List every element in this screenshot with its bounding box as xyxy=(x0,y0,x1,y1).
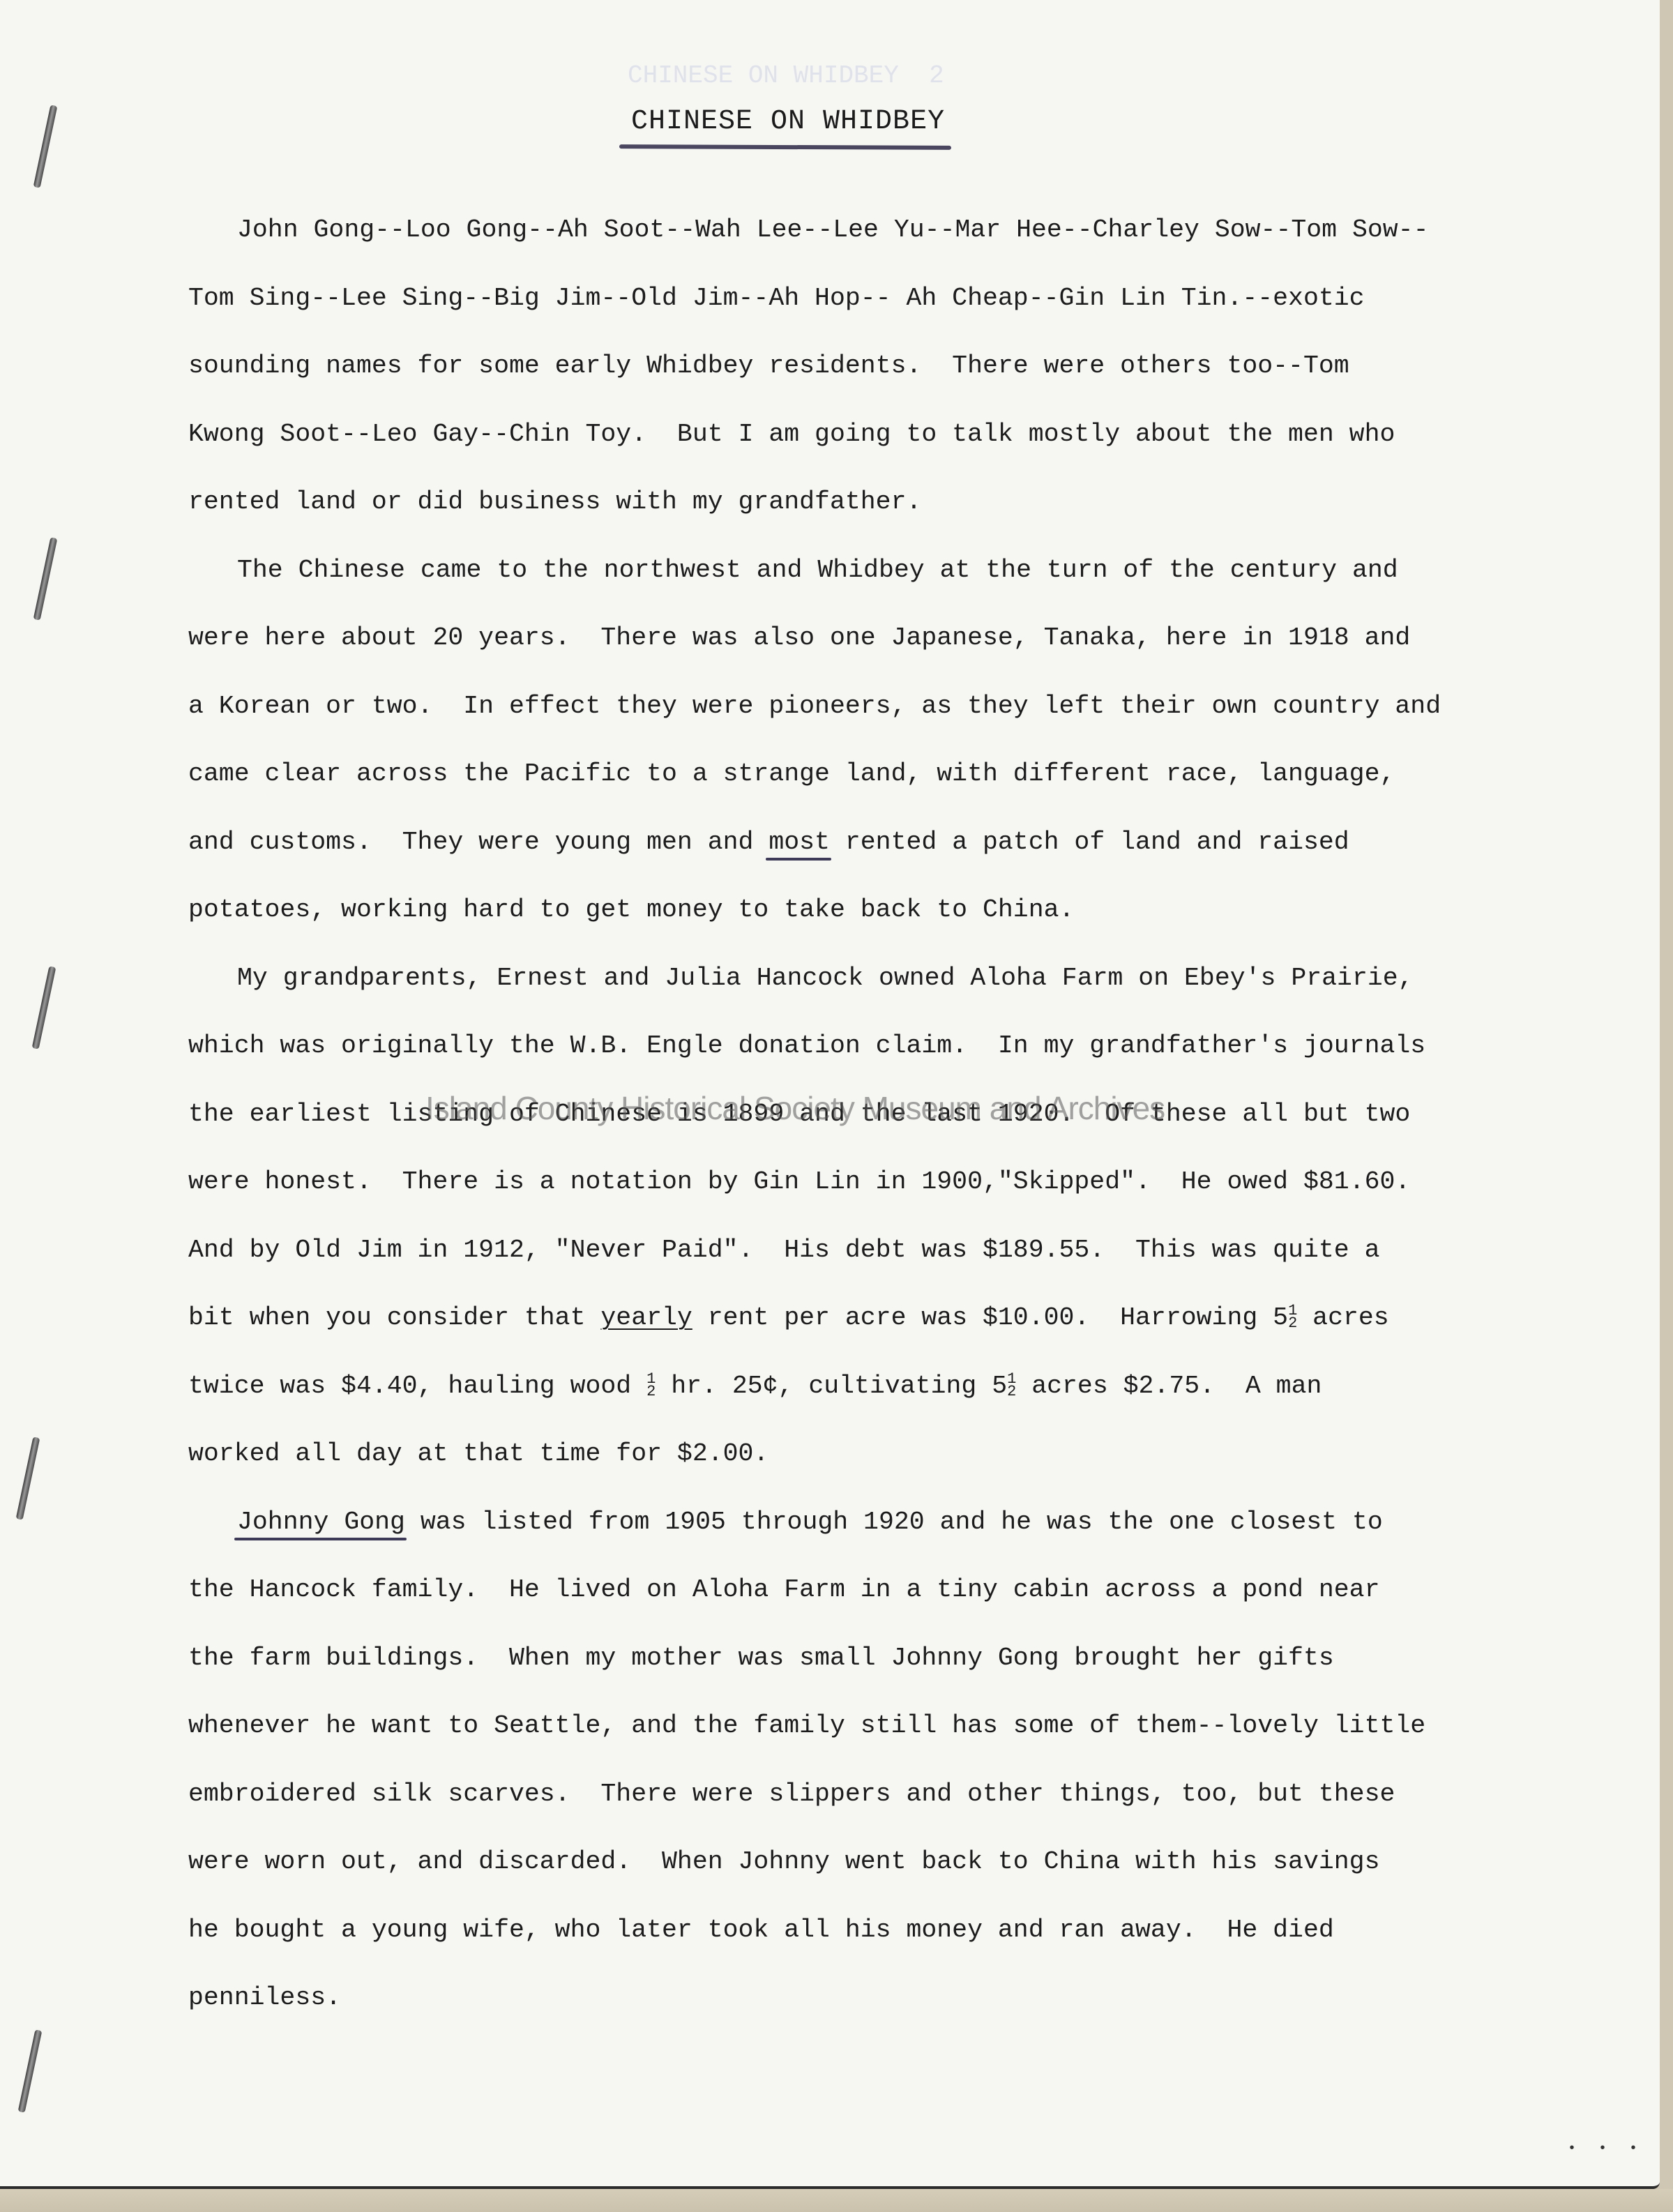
underlined-name: Johnny Gong xyxy=(237,1508,405,1536)
text-line: Tom Sing--Lee Sing--Big Jim--Old Jim--Ah… xyxy=(188,278,1527,346)
text-line: worked all day at that time for $2.00. xyxy=(188,1433,1527,1501)
text-line: rented land or did business with my gran… xyxy=(188,481,1527,550)
text-line: Kwong Soot--Leo Gay--Chin Toy. But I am … xyxy=(188,414,1527,482)
text-line: whenever he want to Seattle, and the fam… xyxy=(188,1705,1527,1773)
text-segment: rented a patch of land and raised xyxy=(830,828,1349,856)
text-line: The Chinese came to the northwest and Wh… xyxy=(188,550,1527,618)
text-line: were worn out, and discarded. When Johnn… xyxy=(188,1841,1527,1909)
staple-icon xyxy=(32,966,56,1049)
pen-underline xyxy=(619,144,951,150)
staple-icon xyxy=(33,105,58,188)
text-line: twice was $4.40, hauling wood 12 hr. 25¢… xyxy=(188,1365,1527,1434)
document-page: CHINESE ON WHIDBEY 2 CHINESE ON WHIDBEY … xyxy=(0,0,1660,2189)
text-line: sounding names for some early Whidbey re… xyxy=(188,345,1527,414)
bleed-through-header: CHINESE ON WHIDBEY 2 xyxy=(628,42,944,109)
text-segment: acres $2.75. A man xyxy=(1016,1372,1322,1400)
staple-icon xyxy=(16,1437,40,1520)
document-body: John Gong--Loo Gong--Ah Soot--Wah Lee--L… xyxy=(188,209,1527,2045)
document-title: CHINESE ON WHIDBEY xyxy=(631,106,945,137)
staple-icon xyxy=(33,537,58,620)
text-segment: and customs. They were young men and xyxy=(188,828,769,856)
underlined-word: most xyxy=(769,828,830,856)
ink-marks: • • • xyxy=(1568,2141,1644,2157)
text-line: were here about 20 years. There was also… xyxy=(188,617,1527,685)
text-line: And by Old Jim in 1912, "Never Paid". Hi… xyxy=(188,1229,1527,1298)
fraction-half: 12 xyxy=(1288,1305,1297,1330)
archive-watermark: Island County Historical Society Museum … xyxy=(425,1089,1165,1127)
text-segment: acres xyxy=(1297,1303,1388,1332)
text-segment: was listed from 1905 through 1920 and he… xyxy=(405,1508,1383,1536)
text-line: John Gong--Loo Gong--Ah Soot--Wah Lee--L… xyxy=(188,209,1527,278)
fraction-half: 12 xyxy=(646,1373,656,1398)
staple-icon xyxy=(18,2029,43,2112)
text-line: he bought a young wife, who later took a… xyxy=(188,1909,1527,1978)
underlined-word: yearly xyxy=(600,1303,692,1332)
text-line: My grandparents, Ernest and Julia Hancoc… xyxy=(188,957,1527,1026)
text-line: potatoes, working hard to get money to t… xyxy=(188,889,1527,957)
text-line: bit when you consider that yearly rent p… xyxy=(188,1297,1527,1365)
text-line: the Hancock family. He lived on Aloha Fa… xyxy=(188,1569,1527,1637)
text-line: a Korean or two. In effect they were pio… xyxy=(188,685,1527,754)
text-segment: twice was $4.40, hauling wood xyxy=(188,1372,646,1400)
text-line: embroidered silk scarves. There were sli… xyxy=(188,1773,1527,1842)
text-line: penniless. xyxy=(188,1977,1527,2045)
text-line: the farm buildings. When my mother was s… xyxy=(188,1637,1527,1706)
text-segment: rent per acre was $10.00. Harrowing 5 xyxy=(692,1303,1288,1332)
text-segment: bit when you consider that xyxy=(188,1303,600,1332)
text-segment: hr. 25¢, cultivating 5 xyxy=(656,1372,1007,1400)
text-line: Johnny Gong was listed from 1905 through… xyxy=(188,1501,1527,1570)
text-line: which was originally the W.B. Engle dona… xyxy=(188,1025,1527,1093)
text-line: came clear across the Pacific to a stran… xyxy=(188,753,1527,821)
text-line: and customs. They were young men and mos… xyxy=(188,821,1527,890)
fraction-half: 12 xyxy=(1007,1373,1016,1398)
text-line: were honest. There is a notation by Gin … xyxy=(188,1161,1527,1229)
scan-background-edge xyxy=(0,2189,1673,2212)
